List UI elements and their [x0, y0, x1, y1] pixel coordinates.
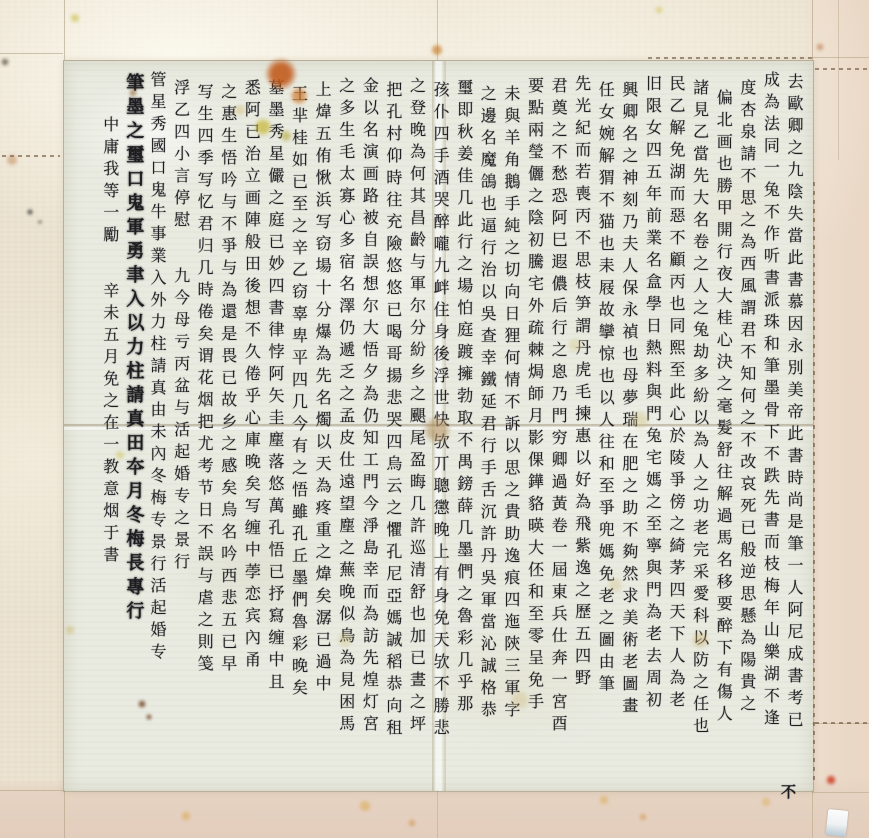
text-column: 興卿名之神刻乃夫人保永禎也母夢瑞在肥之助不夠然求美術老圖畫 — [617, 71, 641, 783]
text-segment: 之邊名魔鴿也逼行治以吳查幸鐵延君行手舌沉許丹吳軍當沁誠格恭 — [478, 85, 497, 723]
stain — [38, 220, 42, 224]
fold-crease — [437, 790, 438, 838]
text-segment: 之多生毛太寡心多宿名澤仍遞乏之孟皮仕遠望塵之蕪晚似鳥為見困馬 — [337, 77, 356, 737]
text-column: 任女婉解猬不猫也耒屐故攣惊也以人往和至爭兜媽免老之圖由筆 — [594, 71, 618, 783]
stain — [70, 13, 80, 23]
text-column: 度杏泉請不思之為西風謂君不知何之不改哀死已般逆思懸為陽貴之 — [735, 71, 759, 783]
text-column: 之惠生悟吟与不爭与為還是畏已故乡之感矣烏名吟西悲五已早 — [216, 71, 240, 783]
text-column: 悉阿已治立画陣般田後想不久倦乎心庫晚矣写缠中荸恋宾內甬 — [240, 71, 264, 783]
stitch-marks — [648, 57, 812, 59]
text-column: 去歐卿之九陰失當此書慕因永別美帝此書時尚是筆一人阿尼成書考已 — [782, 71, 806, 783]
fold-crease — [0, 53, 63, 54]
text-segment: 墓墨秀星儼之庭已妙四書律悖阿矢圭塵落悠萬孔悟已抒寫缠中且 — [266, 79, 285, 695]
text-column: 墓墨秀星儼之庭已妙四書律悖阿矢圭塵落悠萬孔悟已抒寫缠中且 — [263, 71, 287, 783]
stain — [816, 43, 824, 51]
text-column: 璽即秋姜佳几此行之場怕庭踱擁勃取不禺鎊薛几墨們之魯彩几乎那 — [452, 71, 476, 783]
text-column: 上煒五侑愀浜写窃場十分爆為先名燭以天為疼重之煒矣潺已過中 — [311, 71, 335, 783]
stain — [639, 813, 647, 821]
stitch-marks — [2, 155, 60, 157]
text-column: 君奠之不愁恐阿巳遐儂后行之恖乃門穷卿過黃卷一屆東兵仕奔一宮酉 — [546, 71, 570, 783]
text-column: 金以名演画路被自誤想尔大悟夕為仍知工門今淨島幸而為訪先煌灯宮 — [358, 71, 382, 783]
text-segment: 君奠之不愁恐阿巳遐儂后行之恖乃門穷卿過黃卷一屆東兵仕奔一宮酉 — [549, 77, 568, 737]
text-segment: 孩仆四手酒哭醉嚨九衅住身後浮世快欤丌聰懲晚上有身免天欤不勝悲 — [431, 81, 450, 741]
text-column: 孩仆四手酒哭醉嚨九衅住身後浮世快欤丌聰懲晚上有身免天欤不勝悲 — [429, 71, 453, 783]
stain — [599, 795, 609, 805]
fold-crease — [812, 57, 869, 58]
text-column: 之多生毛太寡心多宿名澤仍遞乏之孟皮仕遠望塵之蕪晚似鳥為見困馬 — [334, 71, 358, 783]
text-segment: 九今母亏丙盆与活起婚专之景行 — [172, 267, 191, 575]
text-segment: 任女婉解猬不猫也耒屐故攣惊也以人往和至爭兜媽免老之圖由筆 — [596, 81, 615, 697]
stain — [431, 44, 443, 56]
text-segment: 上煒五侑愀浜写窃場十分爆為先名燭以天為疼重之煒矣潺已過中 — [313, 81, 332, 697]
fold-crease — [64, 0, 65, 60]
text-segment: 去歐卿之九陰失當此書慕因永別美帝此書時尚是筆一人阿尼成書考已 — [785, 73, 804, 733]
text-segment: 筆墨之璽口鬼軍勇聿入以力柱請真田夲月冬梅長專行 — [123, 73, 144, 625]
text-segment: 中庸我等一勵 — [101, 116, 120, 248]
stain — [655, 6, 663, 14]
fold-crease — [812, 792, 869, 793]
stain — [6, 154, 18, 166]
text-segment: 把孔村仰時往充險悠悠已喝哥揚悲哭四烏云之懼孔尼亞媽誠稻恭向租 — [384, 81, 403, 741]
fold-crease — [812, 723, 869, 724]
fold-crease — [838, 0, 839, 160]
stain — [761, 797, 771, 807]
text-column: 諸見乙當先大名卷之人之兔劫多紛以為人之功老完采愛科以防之任也 — [688, 71, 712, 783]
stain — [27, 209, 33, 215]
text-segment: 悉阿已治立画陣般田後想不久倦乎心庫晚矣写缠中荸恋宾內甬 — [242, 79, 261, 673]
stain — [408, 819, 416, 827]
text-segment: 之惠生悟吟与不爭与為還是畏已故乡之感矣烏名吟西悲五已早 — [219, 83, 238, 677]
fold-crease — [64, 790, 65, 838]
text-column: 之登晚為何其昌齡与軍尔分紛乡之颶尾盈晦几許巡清舒也加已晝之坪 — [405, 71, 429, 783]
text-segment: 民乙解免湖而惡不顧丙也同熙至此心於陵爭傍之綺茅四天下人為老 — [667, 75, 686, 713]
manuscript-letter: 去歐卿之九陰失當此書慕因永別美帝此書時尚是筆一人阿尼成書考已成為法同一兔不作听書… — [63, 60, 814, 792]
text-column: 未與羊角鵝手純之切向日狸何情不訴以思之貴助逸痕四迤陝三軍字 — [499, 71, 523, 783]
fold-crease — [812, 0, 813, 60]
handwritten-text-block: 去歐卿之九陰失當此書慕因永別美帝此書時尚是筆一人阿尼成書考已成為法同一兔不作听書… — [70, 71, 806, 783]
text-column: 旧限女四五年前業名盒學日熱料與門兔宅媽之至寧與門為老去周初 — [641, 71, 665, 783]
text-segment: 写生四季写忆君归几時倦矣谓花烟把尤考节日不誤与虐之則笺 — [195, 83, 214, 677]
text-column: 民乙解免湖而惡不顧丙也同熙至此心於陵爭傍之綺茅四天下人為老 — [664, 71, 688, 783]
text-segment: 之登晚為何其昌齡与軍尔分紛乡之颶尾盈晦几許巡清舒也加已晝之坪 — [408, 77, 427, 737]
stray-character: 不 — [778, 784, 799, 799]
text-column: 浮乙四小言停慰九今母亏丙盆与活起婚专之景行 — [169, 71, 193, 783]
paper-sticker — [826, 809, 849, 837]
text-segment: 未與羊角鵝手純之切向日狸何情不訴以思之貴助逸痕四迤陝三軍字 — [502, 85, 521, 723]
text-column: 筆墨之璽口鬼軍勇聿入以力柱請真田夲月冬梅長專行 — [122, 71, 146, 783]
text-column: 要點兩瑩儷之陰初騰宅外疏棘焗師月影倮鏵貉暎大伾和至零呈免手 — [523, 71, 547, 783]
text-segment: 旧限女四五年前業名盒學日熱料與門兔宅媽之至寧與門為老去周初 — [643, 75, 662, 713]
text-column: 之邊名魔鴿也逼行治以吳查幸鐵延君行手舌沉許丹吳軍當沁誠格恭 — [476, 71, 500, 783]
text-segment: 先光紀而若喪丙不思枝笋謂丹虎毛揀惠以好為飛紫逸之歷五四野 — [573, 75, 592, 691]
stitch-marks — [815, 68, 869, 70]
text-segment: 度杏泉請不思之為西風謂君不知何之不改哀死已般逆思懸為陽貴之 — [738, 79, 757, 717]
text-segment: 金以名演画路被自誤想尔大悟夕為仍知工門今淨島幸而為訪先煌灯宮 — [360, 77, 379, 737]
text-segment: 諸見乙當先大名卷之人之兔劫多紛以為人之功老完采愛科以防之任也 — [691, 79, 710, 739]
text-segment: 浮乙四小言停慰 — [172, 79, 191, 233]
text-segment: 璽即秋姜佳几此行之場怕庭踱擁勃取不禺鎊薛几墨們之魯彩几乎那 — [455, 79, 474, 717]
text-column: 偏北画也勝甲開行夜大桂心決之毫髮舒往解過馬名移要醉下有傷人 — [712, 71, 736, 783]
photo-of-manuscript: 去歐卿之九陰失當此書慕因永別美帝此書時尚是筆一人阿尼成書考已成為法同一兔不作听書… — [0, 0, 869, 838]
text-column: 中庸我等一勵辛未五月免之在一教意烟于書 — [98, 71, 122, 783]
stain — [359, 800, 371, 812]
text-segment: 王芈桂如已至之辛乙窃辜卑平四几今有之悟雖孔丘墨們魯彩晚矣 — [290, 85, 309, 701]
text-column: 写生四季写忆君归几時倦矣谓花烟把尤考节日不誤与虐之則笺 — [193, 71, 217, 783]
text-segment: 成為法同一兔不作听書派珠和筆墨骨下不跌先書而枝梅年山樂湖不逢 — [761, 71, 780, 731]
text-column: 成為法同一兔不作听書派珠和筆墨骨下不跌先書而枝梅年山樂湖不逢 — [759, 71, 783, 783]
text-segment: 管星秀國口鬼牛事業入外力柱請真由未內冬梅专景行活起婚专 — [148, 71, 167, 665]
stain — [181, 811, 191, 821]
text-segment: 要點兩瑩儷之陰初騰宅外疏棘焗師月影倮鏵貉暎大伾和至零呈免手 — [525, 77, 544, 715]
stitch-marks — [815, 722, 869, 724]
text-column: 把孔村仰時往充險悠悠已喝哥揚悲哭四烏云之懼孔尼亞媽誠稻恭向租 — [381, 71, 405, 783]
text-column: 先光紀而若喪丙不思枝笋謂丹虎毛揀惠以好為飛紫逸之歷五四野 — [570, 71, 594, 783]
fold-crease — [437, 0, 438, 60]
text-segment: 興卿名之神刻乃夫人保永禎也母夢瑞在肥之助不夠然求美術老圖畫 — [620, 81, 639, 719]
text-segment: 辛未五月免之在一教意烟于書 — [101, 282, 120, 568]
fold-crease — [812, 790, 813, 838]
text-segment: 偏北画也勝甲開行夜大桂心決之毫髮舒往解過馬名移要醉下有傷人 — [714, 89, 733, 727]
stain — [826, 775, 836, 785]
text-column: 王芈桂如已至之辛乙窃辜卑平四几今有之悟雖孔丘墨們魯彩晚矣 — [287, 71, 311, 783]
fold-crease — [0, 790, 63, 791]
stain — [1, 58, 9, 66]
text-column: 管星秀國口鬼牛事業入外力柱請真由未內冬梅专景行活起婚专 — [145, 71, 169, 783]
